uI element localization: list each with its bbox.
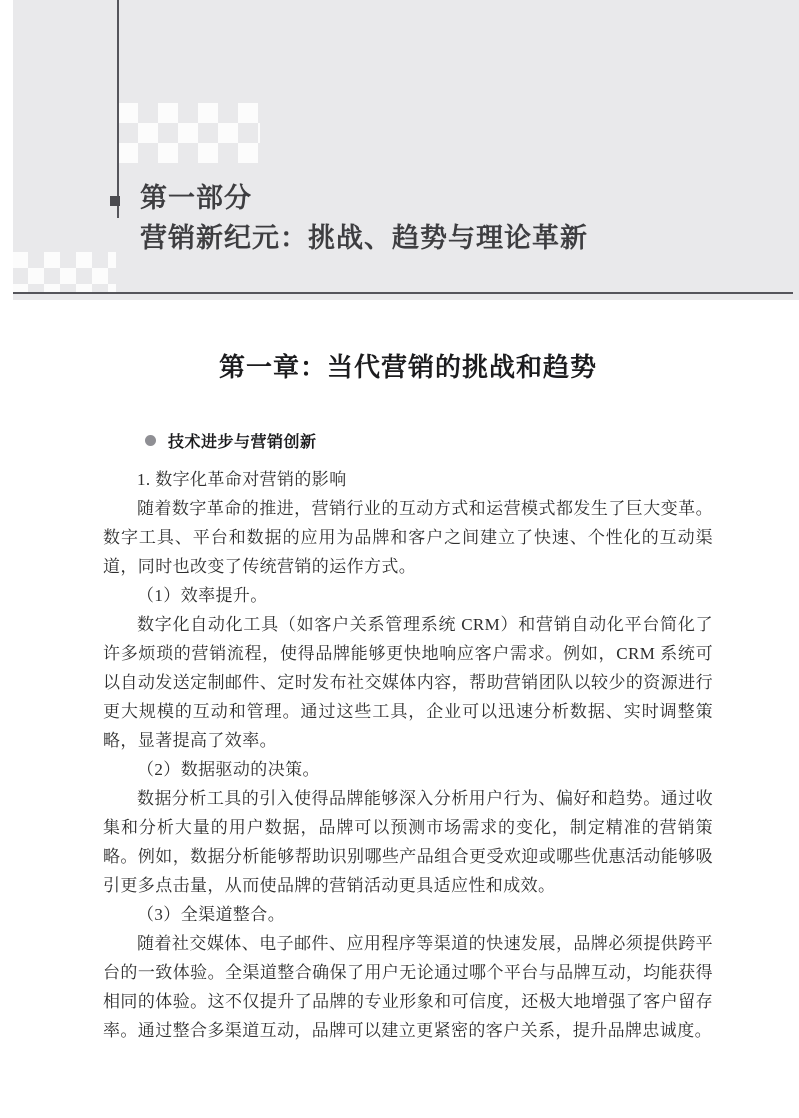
chapter-title: 第一章：当代营销的挑战和趋势: [103, 350, 713, 384]
checker-pattern-bottom-icon: [12, 252, 116, 294]
point-3-label: （3）全渠道整合。: [103, 900, 713, 929]
section-heading-label: 技术进步与营销创新: [168, 429, 317, 452]
part-label: 第一部分: [140, 178, 588, 218]
section-bullet-icon: [145, 435, 156, 446]
part-header-band: 第一部分 营销新纪元：挑战、趋势与理论革新: [13, 0, 799, 300]
section-heading: 技术进步与营销创新: [145, 429, 713, 452]
point-1-paragraph: 数字化自动化工具（如客户关系管理系统 CRM）和营销自动化平台简化了许多烦琐的营…: [103, 610, 713, 755]
point-2-label: （2）数据驱动的决策。: [103, 755, 713, 784]
page: 第一部分 营销新纪元：挑战、趋势与理论革新 第一章：当代营销的挑战和趋势 技术进…: [0, 0, 799, 1118]
part-bullet-square-icon: [110, 196, 120, 206]
numbered-heading: 1. 数字化革命对营销的影响: [103, 465, 713, 494]
checker-pattern-top-icon: [118, 103, 260, 163]
point-3-paragraph: 随着社交媒体、电子邮件、应用程序等渠道的快速发展，品牌必须提供跨平台的一致体验。…: [103, 929, 713, 1045]
intro-paragraph: 随着数字革命的推进，营销行业的互动方式和运营模式都发生了巨大变革。数字工具、平台…: [103, 494, 713, 581]
part-title: 营销新纪元：挑战、趋势与理论革新: [140, 218, 588, 258]
part-title-block: 第一部分 营销新纪元：挑战、趋势与理论革新: [140, 178, 588, 258]
point-1-label: （1）效率提升。: [103, 581, 713, 610]
chapter-content: 第一章：当代营销的挑战和趋势 技术进步与营销创新 1. 数字化革命对营销的影响 …: [103, 350, 713, 1045]
point-2-paragraph: 数据分析工具的引入使得品牌能够深入分析用户行为、偏好和趋势。通过收集和分析大量的…: [103, 784, 713, 900]
body-text: 1. 数字化革命对营销的影响 随着数字革命的推进，营销行业的互动方式和运营模式都…: [103, 465, 713, 1045]
header-bottom-rule: [13, 292, 793, 294]
vertical-rule: [117, 0, 119, 218]
